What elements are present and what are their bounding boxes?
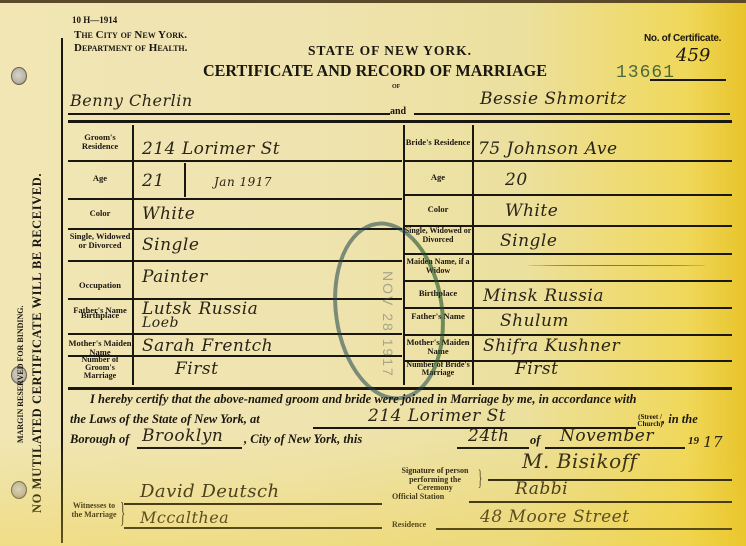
margin-binding-note: MARGIN RESERVED FOR BINDING. bbox=[16, 305, 25, 443]
row-rule bbox=[68, 160, 402, 162]
row-rule bbox=[68, 198, 402, 200]
issuer-department: Department of Health. bbox=[74, 42, 187, 54]
bride-residence-label: Bride's Residence bbox=[404, 138, 472, 147]
groom-color-label: Color bbox=[68, 209, 132, 218]
groom-age-label: Age bbox=[68, 174, 132, 183]
binding-hole-bottom bbox=[11, 481, 27, 499]
state-heading: STATE OF NEW YORK. bbox=[308, 43, 472, 59]
station-line bbox=[469, 501, 732, 503]
officiant-signature-label: Signature of person performing the Cerem… bbox=[392, 467, 478, 493]
ceremony-day: 24th bbox=[468, 426, 509, 446]
groom-marriage-number-value: First bbox=[175, 359, 218, 379]
groom-father-label: Father's Name bbox=[68, 306, 132, 315]
year-prefix: 19 bbox=[688, 435, 699, 447]
signature-brace: } bbox=[478, 467, 482, 489]
groom-occupation-label: Occupation bbox=[68, 281, 132, 290]
groom-name: Benny Cherlin bbox=[70, 91, 193, 110]
bride-maiden-blank-stroke bbox=[528, 265, 706, 267]
witness-1-signature: David Deutsch bbox=[140, 481, 280, 502]
bride-label-divider bbox=[472, 125, 474, 385]
margin-rule bbox=[61, 38, 63, 543]
groom-mother-value: Sarah Frentch bbox=[142, 336, 273, 356]
witness-1-line bbox=[124, 503, 382, 505]
certificate-number-handwritten: 459 bbox=[676, 45, 710, 66]
groom-residence-value: 214 Lorimer St bbox=[142, 139, 280, 159]
officiant-signature: M. Bisikoff bbox=[522, 449, 637, 473]
bride-age-value: 20 bbox=[505, 170, 528, 190]
borough-label: Borough of bbox=[70, 432, 129, 447]
stamp-date: NOV 28 1917 bbox=[380, 271, 396, 378]
row-rule bbox=[404, 194, 732, 196]
groom-residence-label: Groom's Residence bbox=[68, 133, 132, 151]
issuer-city: The City of New York. bbox=[74, 29, 187, 41]
groom-marital-value: Single bbox=[142, 235, 199, 255]
bride-birthplace-value: Minsk Russia bbox=[483, 286, 604, 306]
row-rule bbox=[68, 228, 402, 230]
bride-mother-value: Shifra Kushner bbox=[483, 336, 620, 356]
borough-line bbox=[137, 447, 242, 449]
row-rule bbox=[404, 160, 732, 162]
certification-line-3-mid: , City of New York, this bbox=[244, 432, 362, 447]
officiant-residence-line bbox=[436, 528, 732, 530]
groom-name-line bbox=[68, 113, 390, 115]
official-station-value: Rabbi bbox=[515, 479, 568, 499]
bride-name: Bessie Shmoritz bbox=[480, 89, 627, 109]
marriage-certificate: MARGIN RESERVED FOR BINDING. NO MUTILATE… bbox=[0, 0, 746, 546]
groom-color-value: White bbox=[142, 204, 195, 224]
witness-2-signature: Mccalthea bbox=[140, 508, 229, 527]
and-label: and bbox=[390, 106, 406, 117]
age-split-rule bbox=[184, 163, 186, 197]
witnesses-label: Witnesses to the Marriage bbox=[68, 502, 120, 519]
groom-age-value: 21 bbox=[142, 171, 165, 191]
bride-age-label: Age bbox=[404, 173, 472, 182]
ceremony-borough: Brooklyn bbox=[142, 426, 223, 446]
bride-father-value: Shulum bbox=[500, 311, 569, 331]
groom-father-value: Loeb bbox=[142, 315, 179, 331]
groom-marriage-number-label: Number of Groom's Marriage bbox=[68, 356, 132, 380]
officiant-residence-label: Residence bbox=[392, 520, 426, 529]
margin-mutilation-warning: NO MUTILATED CERTIFICATE WILL BE RECEIVE… bbox=[30, 173, 45, 513]
ceremony-year: 17 bbox=[703, 433, 723, 451]
row-rule bbox=[404, 280, 732, 282]
ceremony-month: November bbox=[560, 426, 654, 446]
certification-line-2-suffix: , in the bbox=[662, 412, 698, 427]
table-top-rule bbox=[68, 120, 732, 123]
certification-line-1: I hereby certify that the above-named gr… bbox=[90, 392, 637, 407]
groom-age-note: Jan 1917 bbox=[214, 175, 272, 189]
bride-name-line bbox=[414, 113, 730, 115]
bride-residence-value: 75 Johnson Ave bbox=[478, 139, 618, 159]
binding-hole-top bbox=[11, 67, 27, 85]
certificate-number-label: No. of Certificate. bbox=[644, 33, 721, 44]
officiant-residence-value: 48 Moore Street bbox=[480, 507, 630, 527]
row-rule bbox=[404, 307, 732, 309]
day-line bbox=[457, 447, 529, 449]
certificate-number-underline bbox=[650, 79, 726, 81]
ceremony-location: 214 Lorimer St bbox=[368, 406, 506, 426]
document-title: CERTIFICATE AND RECORD OF MARRIAGE bbox=[203, 61, 547, 81]
of-label: of bbox=[530, 433, 540, 448]
bride-color-value: White bbox=[505, 201, 558, 221]
bride-marriage-number-value: First bbox=[515, 359, 558, 379]
form-code: 10 H—1914 bbox=[72, 15, 117, 25]
witness-2-line bbox=[124, 527, 382, 529]
groom-label-divider bbox=[132, 125, 134, 385]
bride-color-label: Color bbox=[404, 205, 472, 214]
title-of: OF bbox=[392, 84, 400, 90]
groom-marital-label: Single, Widowed or Divorced bbox=[68, 232, 132, 250]
row-rule bbox=[404, 253, 732, 255]
bride-marital-value: Single bbox=[500, 231, 557, 251]
groom-occupation-value: Painter bbox=[142, 267, 208, 287]
certification-line-2-prefix: the Laws of the State of New York, at bbox=[70, 412, 260, 427]
official-station-label: Official Station bbox=[392, 492, 444, 501]
